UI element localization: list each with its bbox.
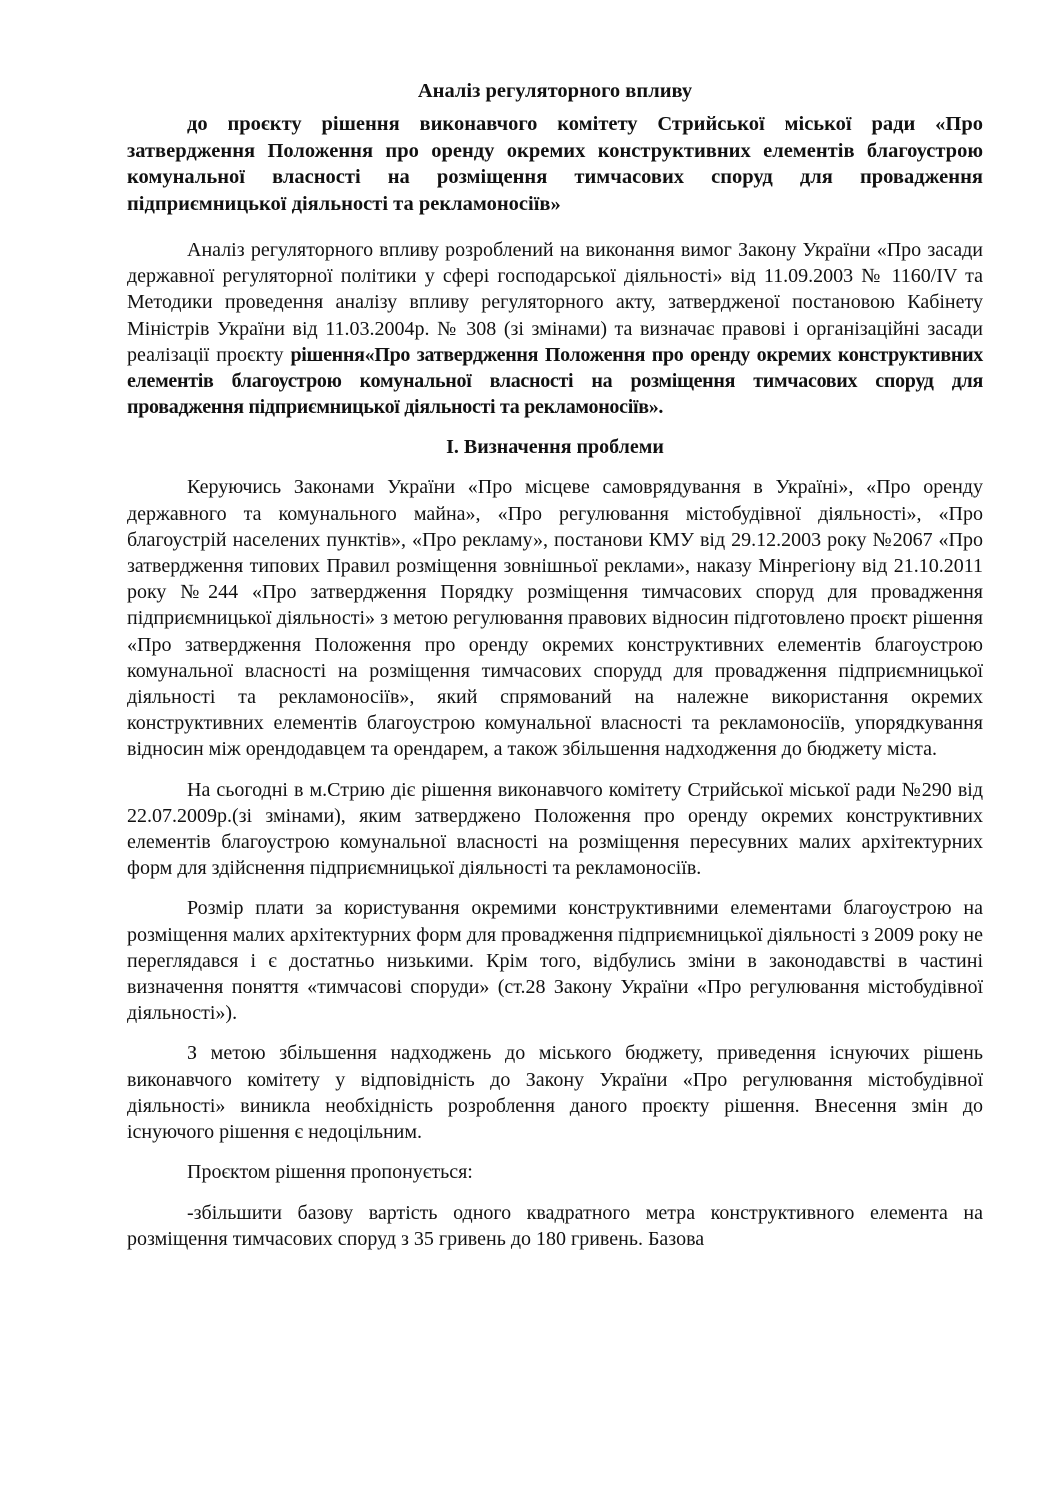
- paragraph-proposal-intro: Проєктом рішення пропонується:: [127, 1159, 983, 1185]
- document-title: Аналіз регуляторного впливу: [127, 78, 983, 104]
- paragraph-legal-basis: Керуючись Законами України «Про місцеве …: [127, 474, 983, 762]
- document-subtitle: до проєкту рішення виконавчого комітету …: [127, 111, 983, 217]
- document-page: Аналіз регуляторного впливу до проєкту р…: [127, 78, 983, 1252]
- paragraph-purpose: З метою збільшення надходжень до міськог…: [127, 1040, 983, 1145]
- intro-paragraph: Аналіз регуляторного впливу розроблений …: [127, 237, 983, 420]
- section-heading-problem: I. Визначення проблеми: [127, 434, 983, 460]
- paragraph-fee-size: Розмір плати за користування окремими ко…: [127, 895, 983, 1026]
- paragraph-proposal-item: -збільшити базову вартість одного квадра…: [127, 1200, 983, 1252]
- paragraph-current-decision: На сьогодні в м.Стрию діє рішення викона…: [127, 777, 983, 882]
